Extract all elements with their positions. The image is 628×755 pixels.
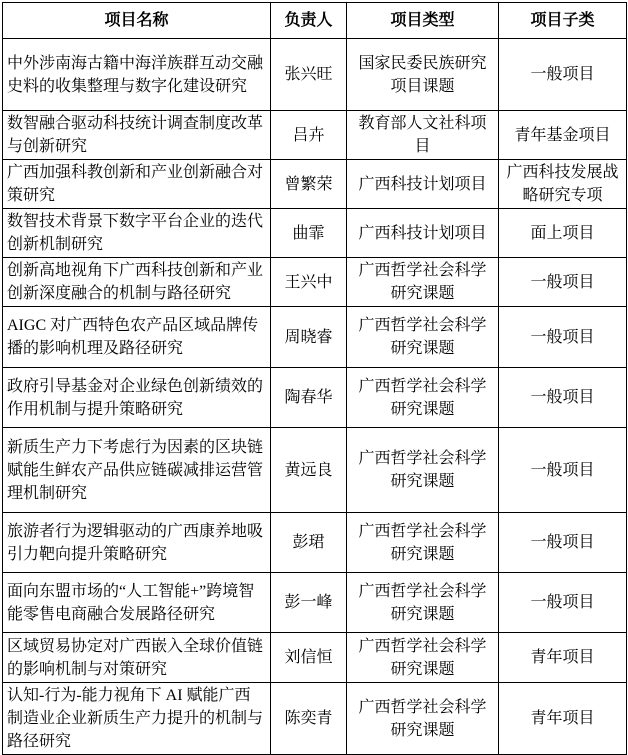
project-type-cell: 广西哲学社会科学研究课题 [347, 683, 499, 755]
subtype-cell: 青年项目 [499, 683, 627, 755]
project-type-cell: 教育部人文社科项目 [347, 111, 499, 160]
leader-cell: 周晓睿 [271, 307, 347, 368]
leader-cell: 彭一峰 [271, 573, 347, 633]
project-name-cell: 面向东盟市场的“人工智能+”跨境智能零售电商融合发展路径研究 [3, 573, 271, 633]
leader-cell: 曾繁荣 [271, 160, 347, 209]
header-project-type: 项目类型 [347, 3, 499, 39]
subtype-cell: 面上项目 [499, 209, 627, 258]
table-row: 政府引导基金对企业绿色创新绩效的作用机制与提升策略研究陶春华广西哲学社会科学研究… [3, 368, 627, 428]
project-name-cell: 政府引导基金对企业绿色创新绩效的作用机制与提升策略研究 [3, 368, 271, 428]
table-row: AIGC 对广西特色农产品区域品牌传播的影响机理及路径研究周晓睿广西哲学社会科学… [3, 307, 627, 368]
leader-cell: 刘信恒 [271, 633, 347, 683]
table-header-row: 项目名称 负责人 项目类型 项目子类 [3, 3, 627, 39]
table-row: 中外涉南海古籍中海洋族群互动交融史料的收集整理与数字化建设研究张兴旺国家民委民族… [3, 39, 627, 111]
leader-cell: 张兴旺 [271, 39, 347, 111]
project-name-cell: 数智技术背景下数字平台企业的迭代创新机制研究 [3, 209, 271, 258]
subtype-cell: 一般项目 [499, 39, 627, 111]
project-name-cell: 认知-行为-能力视角下 AI 赋能广西制造业企业新质生产力提升的机制与路径研究 [3, 683, 271, 755]
table-row: 旅游者行为逻辑驱动的广西康养地吸引力靶向提升策略研究彭珺广西哲学社会科学研究课题… [3, 513, 627, 573]
leader-cell: 王兴中 [271, 258, 347, 307]
project-type-cell: 广西哲学社会科学研究课题 [347, 368, 499, 428]
subtype-cell: 一般项目 [499, 368, 627, 428]
subtype-cell: 一般项目 [499, 513, 627, 573]
project-name-cell: AIGC 对广西特色农产品区域品牌传播的影响机理及路径研究 [3, 307, 271, 368]
header-leader: 负责人 [271, 3, 347, 39]
table-row: 数智融合驱动科技统计调查制度改革与创新研究吕卉教育部人文社科项目青年基金项目 [3, 111, 627, 160]
leader-cell: 黄远良 [271, 428, 347, 513]
header-project-name: 项目名称 [3, 3, 271, 39]
project-name-cell: 数智融合驱动科技统计调查制度改革与创新研究 [3, 111, 271, 160]
project-name-cell: 创新高地视角下广西科技创新和产业创新深度融合的机制与路径研究 [3, 258, 271, 307]
subtype-cell: 广西科技发展战略研究专项 [499, 160, 627, 209]
project-type-cell: 广西哲学社会科学研究课题 [347, 513, 499, 573]
project-name-cell: 区域贸易协定对广西嵌入全球价值链的影响机制与对策研究 [3, 633, 271, 683]
project-type-cell: 广西哲学社会科学研究课题 [347, 573, 499, 633]
project-name-cell: 旅游者行为逻辑驱动的广西康养地吸引力靶向提升策略研究 [3, 513, 271, 573]
project-name-cell: 中外涉南海古籍中海洋族群互动交融史料的收集整理与数字化建设研究 [3, 39, 271, 111]
leader-cell: 陈奕青 [271, 683, 347, 755]
subtype-cell: 青年基金项目 [499, 111, 627, 160]
table-row: 认知-行为-能力视角下 AI 赋能广西制造业企业新质生产力提升的机制与路径研究陈… [3, 683, 627, 755]
subtype-cell: 一般项目 [499, 258, 627, 307]
table-body: 中外涉南海古籍中海洋族群互动交融史料的收集整理与数字化建设研究张兴旺国家民委民族… [3, 39, 627, 755]
subtype-cell: 青年项目 [499, 633, 627, 683]
table-row: 数智技术背景下数字平台企业的迭代创新机制研究曲霏广西科技计划项目面上项目 [3, 209, 627, 258]
project-type-cell: 广西哲学社会科学研究课题 [347, 258, 499, 307]
subtype-cell: 一般项目 [499, 307, 627, 368]
table-row: 广西加强科教创新和产业创新融合对策研究曾繁荣广西科技计划项目广西科技发展战略研究… [3, 160, 627, 209]
table-row: 面向东盟市场的“人工智能+”跨境智能零售电商融合发展路径研究彭一峰广西哲学社会科… [3, 573, 627, 633]
project-name-cell: 新质生产力下考虑行为因素的区块链赋能生鲜农产品供应链碳减排运营管理机制研究 [3, 428, 271, 513]
project-type-cell: 广西哲学社会科学研究课题 [347, 428, 499, 513]
leader-cell: 曲霏 [271, 209, 347, 258]
leader-cell: 陶春华 [271, 368, 347, 428]
document-page: 项目名称 负责人 项目类型 项目子类 中外涉南海古籍中海洋族群互动交融史料的收集… [0, 0, 628, 752]
subtype-cell: 一般项目 [499, 573, 627, 633]
projects-table: 项目名称 负责人 项目类型 项目子类 中外涉南海古籍中海洋族群互动交融史料的收集… [2, 2, 627, 755]
table-row: 新质生产力下考虑行为因素的区块链赋能生鲜农产品供应链碳减排运营管理机制研究黄远良… [3, 428, 627, 513]
table-row: 区域贸易协定对广西嵌入全球价值链的影响机制与对策研究刘信恒广西哲学社会科学研究课… [3, 633, 627, 683]
leader-cell: 彭珺 [271, 513, 347, 573]
header-project-subtype: 项目子类 [499, 3, 627, 39]
project-name-cell: 广西加强科教创新和产业创新融合对策研究 [3, 160, 271, 209]
subtype-cell: 一般项目 [499, 428, 627, 513]
project-type-cell: 广西科技计划项目 [347, 160, 499, 209]
project-type-cell: 广西哲学社会科学研究课题 [347, 633, 499, 683]
leader-cell: 吕卉 [271, 111, 347, 160]
project-type-cell: 广西科技计划项目 [347, 209, 499, 258]
table-row: 创新高地视角下广西科技创新和产业创新深度融合的机制与路径研究王兴中广西哲学社会科… [3, 258, 627, 307]
project-type-cell: 广西哲学社会科学研究课题 [347, 307, 499, 368]
project-type-cell: 国家民委民族研究项目课题 [347, 39, 499, 111]
